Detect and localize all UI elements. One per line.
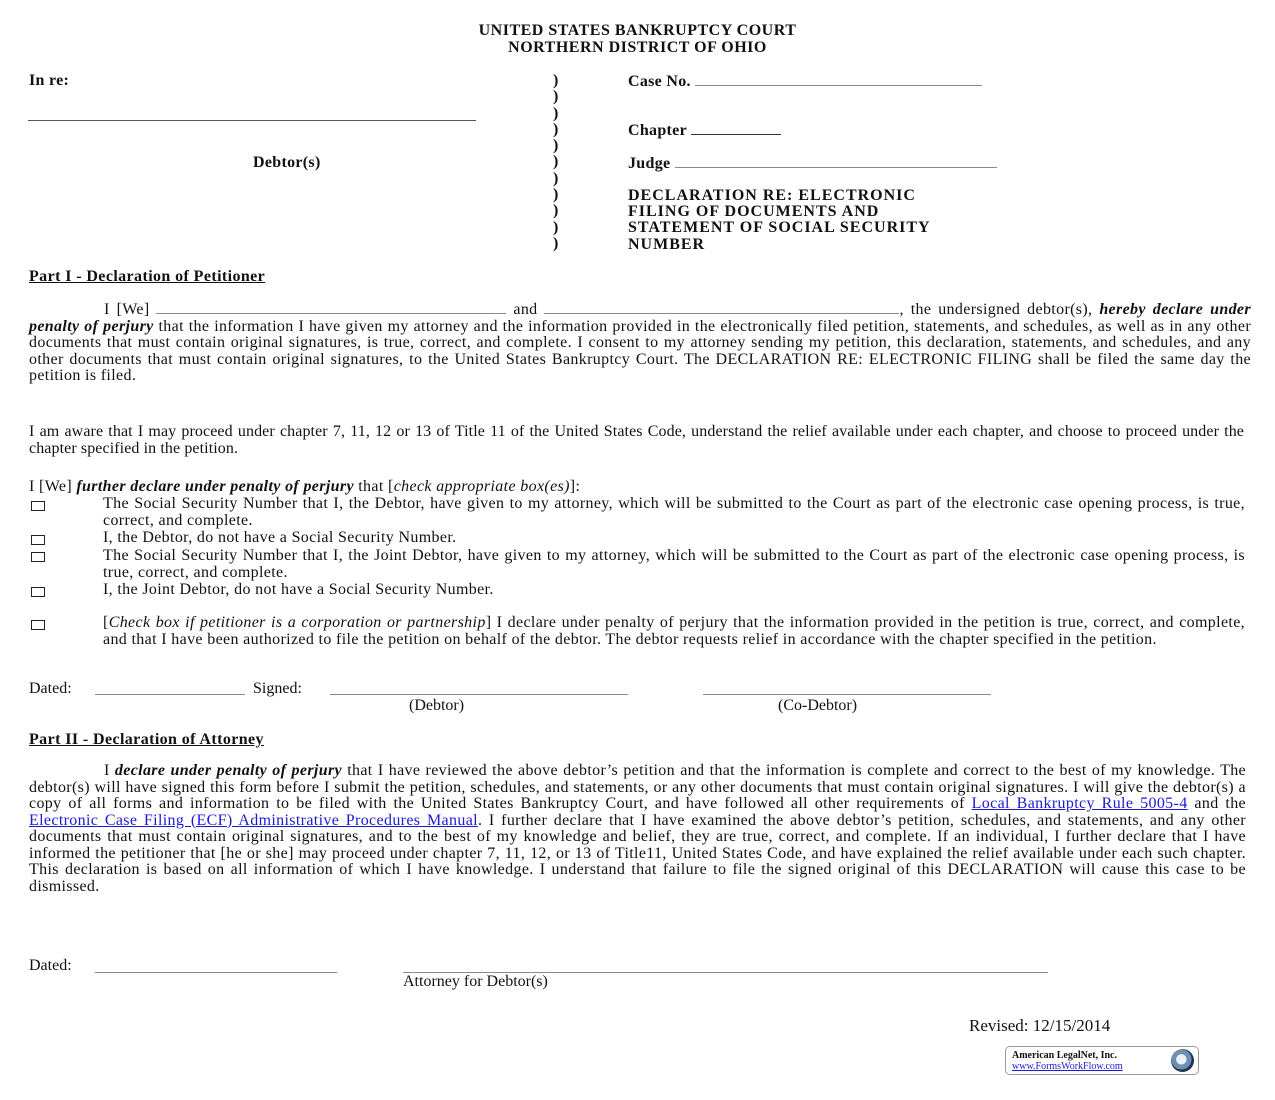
part2-heading: Part II - Declaration of Attorney [29,731,264,749]
american-legalnet-logo[interactable]: American LegalNet, Inc. www.FormsWorkFlo… [1005,1046,1199,1075]
globe-icon [1171,1049,1194,1072]
caption-paren: ) [553,106,558,122]
case-no-label: Case No. [628,73,691,90]
logo-url-link[interactable]: www.FormsWorkFlow.com [1012,1061,1123,1072]
part1-dated-label: Dated: [29,680,72,698]
caption-paren: ) [553,89,558,105]
doc-title-line: STATEMENT OF SOCIAL SECURITY [628,220,931,236]
part1-dated-field[interactable] [95,694,245,695]
attorney-text2: and the [1188,795,1246,812]
further-suffix: ]: [570,478,580,495]
judge-row: Judge [628,155,997,172]
part2-dated-field[interactable] [95,972,337,973]
intro-body: that the information I have given my att… [29,318,1251,385]
checkbox-corporation[interactable] [31,620,45,630]
court-district: NORTHERN DISTRICT OF OHIO [0,40,1275,56]
intro-and: and [513,301,537,318]
chapter-label: Chapter [628,122,687,139]
intro-suffix: , the undersigned debtor(s), [899,301,1092,318]
checkbox-debtor-no-ssn[interactable] [31,535,45,545]
caption-paren: ) [553,73,558,89]
caption-paren: ) [553,154,558,170]
local-rule-link[interactable]: Local Bankruptcy Rule 5005-4 [972,795,1188,812]
debtor1-name-field[interactable] [156,301,506,314]
caption-paren: ) [553,171,558,187]
court-name: UNITED STATES BANKRUPTCY COURT [0,23,1275,39]
corporation-italic: Check box if petitioner is a corporation… [109,614,486,631]
part1-heading: Part I - Declaration of Petitioner [29,268,265,286]
doc-title-line: FILING OF DOCUMENTS AND [628,204,931,220]
checkbox-joint-debtor-ssn[interactable] [31,552,45,562]
debtor-signature-field[interactable] [330,694,628,695]
judge-field[interactable] [675,155,997,168]
further-italic: check appropriate box(es) [394,478,570,495]
intro-hereby: hereby [1099,301,1146,318]
signed-label: Signed: [253,680,302,698]
caption-paren: ) [553,122,558,138]
intro-prefix: I [We] [104,301,150,318]
further-middle: that [ [354,478,394,495]
caption-paren: ) [553,138,558,154]
checkbox-debtor-no-ssn-label: I, the Debtor, do not have a Social Secu… [103,530,1245,547]
attorney-caption: Attorney for Debtor(s) [403,973,548,991]
codebtor-caption: (Co-Debtor) [778,697,857,715]
further-emphasis: further declare under penalty of perjury [76,478,354,495]
attorney-prefix: I [104,762,115,779]
chapter-row: Chapter [628,122,781,139]
checkbox-debtor-ssn-label: The Social Security Number that I, the D… [103,496,1245,529]
in-re-label: In re: [29,73,69,89]
debtor2-name-field[interactable] [544,301,899,314]
checkbox-debtor-ssn[interactable] [31,501,45,511]
part1-declaration-paragraph: I [We] and , the undersigned debtor(s), … [29,301,1251,385]
logo-company: American LegalNet, Inc. [1012,1050,1117,1061]
debtor-label: Debtor(s) [253,155,321,171]
checkbox-corporation-label: [Check box if petitioner is a corporatio… [103,615,1245,648]
caption-paren: ) [553,187,558,203]
debtor-name-field[interactable] [28,120,476,121]
chapter-field[interactable] [691,122,781,135]
caption-paren: ) [553,203,558,219]
further-declare-line: I [We] further declare under penalty of … [29,479,1249,496]
attorney-emphasis: declare under penalty of perjury [115,762,342,779]
judge-label: Judge [628,155,670,172]
attorney-declaration-paragraph: I declare under penalty of perjury that … [29,763,1246,895]
case-no-field[interactable] [695,73,982,86]
revised-date: Revised: 12/15/2014 [969,1016,1110,1036]
doc-title-line: NUMBER [628,237,931,253]
checkbox-joint-debtor-ssn-label: The Social Security Number that I, the J… [103,548,1245,581]
checkbox-joint-debtor-no-ssn-label: I, the Joint Debtor, do not have a Socia… [103,582,1245,599]
checkbox-joint-debtor-no-ssn[interactable] [31,587,45,597]
caption-parens: ))))))))))) [553,73,558,252]
ecf-manual-link[interactable]: Electronic Case Filing (ECF) Administrat… [29,812,478,829]
codebtor-signature-field[interactable] [703,694,991,695]
caption-paren: ) [553,236,558,252]
doc-title-line: DECLARATION RE: ELECTRONIC [628,188,931,204]
aware-paragraph: I am aware that I may proceed under chap… [29,424,1244,457]
document-title: DECLARATION RE: ELECTRONIC FILING OF DOC… [628,188,931,253]
further-prefix: I [We] [29,478,76,495]
caption-paren: ) [553,220,558,236]
case-no-row: Case No. [628,73,982,90]
part2-dated-label: Dated: [29,957,72,975]
debtor-caption: (Debtor) [409,697,464,715]
